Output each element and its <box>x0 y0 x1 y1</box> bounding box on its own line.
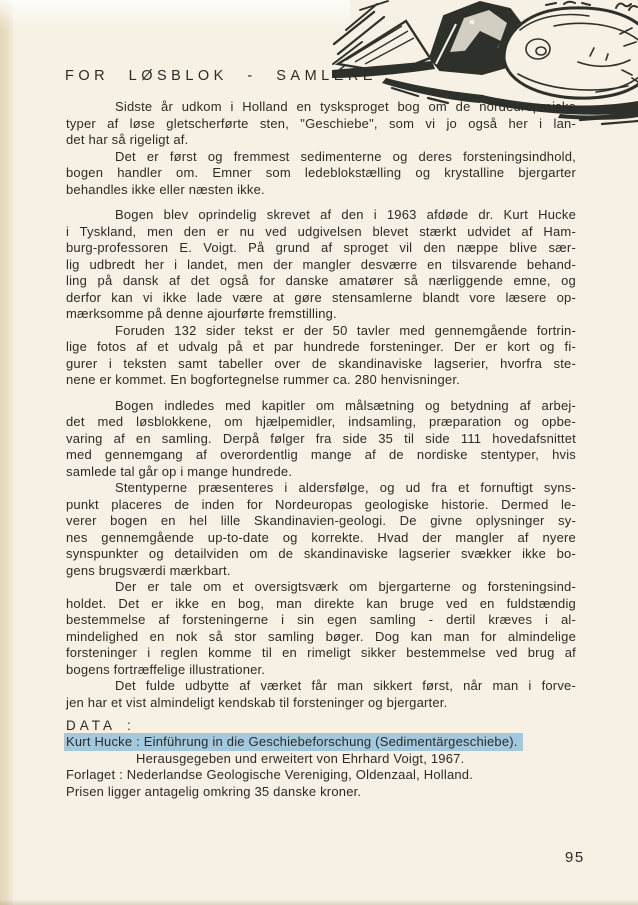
text-line: Bogen indledes med kapitler om målsætnin… <box>66 398 576 415</box>
price-line: Prisen ligger antagelig omkring 35 dansk… <box>66 784 576 801</box>
text-line: ling på dansk af det også for danske ama… <box>66 273 576 290</box>
text-line: bestemmelse af forsteningerne i sin egen… <box>66 612 576 629</box>
scanned-page: FOR LØSBLOK - SAMLERE Sidste år udkom i … <box>0 0 638 905</box>
text-line: Sidste år udkom i Holland en tysksproget… <box>66 99 576 116</box>
text-line: jen har et vist almindeligt kendskab til… <box>66 695 576 712</box>
paragraph: Sidste år udkom i Holland en tysksproget… <box>66 99 576 149</box>
paragraph: Bogen blev oprindelig skrevet af den i 1… <box>66 207 576 323</box>
paragraph: Der er tale om et oversigtsværk om bjerg… <box>66 579 576 678</box>
text-line: derfor kan vi ikke lade være at gøre ste… <box>66 290 576 307</box>
page-bottom-edge <box>0 899 638 905</box>
text-line: burg-professoren E. Voigt. På grund af s… <box>66 240 576 257</box>
text-line: det har så rigeligt af. <box>66 132 576 149</box>
highlighted-reference: Kurt Hucke : Einführung in die Geschiebe… <box>64 733 523 751</box>
paragraph: Stentyperne præsenteres i aldersfølge, o… <box>66 480 576 579</box>
text-line: Det er først og fremmest sedimenterne og… <box>66 149 576 166</box>
editor-line: Herausgegeben und erweitert von Ehrhard … <box>66 751 576 768</box>
text-line: varing af en samling. Derpå følger fra s… <box>66 431 576 448</box>
text-line: Der er tale om et oversigtsværk om bjerg… <box>66 579 576 596</box>
paragraph: Det er først og fremmest sedimenterne og… <box>66 149 576 199</box>
text-line: bogen handler om. Emner som ledeblokstæl… <box>66 165 576 182</box>
page-title: FOR LØSBLOK - SAMLERE <box>65 68 377 84</box>
text-line: lig udbredt her i landet, men der mangle… <box>66 257 576 274</box>
page-edge-strip <box>0 0 13 905</box>
text-line: verer bogen en hel lille Skandinavien-ge… <box>66 513 576 530</box>
text-line: gurer i teksten samt tabeller over de sk… <box>66 356 576 373</box>
paragraph: Det fulde udbytte af værket får man sikk… <box>66 678 576 711</box>
text-line: typer af løse gletscherførte sten, "Gesc… <box>66 116 576 133</box>
data-heading: DATA : <box>66 717 576 734</box>
data-section: DATA : Kurt Hucke : Einführung in die Ge… <box>66 717 576 800</box>
text-line: gens brugsværdi mærkbart. <box>66 563 576 580</box>
text-line: forsteninger i reglen komme til en rimel… <box>66 645 576 662</box>
text-line: nene er kommet. En bogfortegnelse rummer… <box>66 372 576 389</box>
article-body: Sidste år udkom i Holland en tysksproget… <box>66 99 576 711</box>
text-line: i Tyskland, men den er nu ved udgivelsen… <box>66 224 576 241</box>
scan-light-band <box>0 0 350 30</box>
text-line: det med løsblokkene, om hjælpemidler, in… <box>66 414 576 431</box>
text-line: behandles ikke eller næsten ikke. <box>66 182 576 199</box>
text-line: med gennemgang af overordentlig mange af… <box>66 447 576 464</box>
text-line: mindelighed en nok så stor samling bøger… <box>66 629 576 646</box>
text-line: punkt placeres de inden for Nordeuropas … <box>66 497 576 514</box>
page-number: 95 <box>565 849 585 866</box>
publisher-line: Forlaget : Nederlandse Geologische Veren… <box>66 767 576 784</box>
large-boulder <box>504 8 638 98</box>
text-line: bogens fortræffelige illustrationer. <box>66 662 576 679</box>
text-line: holdet. Det er ikke en bog, man direkte … <box>66 596 576 613</box>
text-line: Bogen blev oprindelig skrevet af den i 1… <box>66 207 576 224</box>
text-line: synspunkter og detailviden om de skandin… <box>66 546 576 563</box>
text-line: nes gennemgående up-to-date og korrekte.… <box>66 530 576 547</box>
book-reference-line: Kurt Hucke : Einführung in die Geschiebe… <box>66 734 576 751</box>
paragraph: Bogen indledes med kapitler om målsætnin… <box>66 398 576 481</box>
text-line: mærksomme på denne ajourførte fremstilli… <box>66 306 576 323</box>
text-line: Stentyperne præsenteres i aldersfølge, o… <box>66 480 576 497</box>
text-line: lige fotos af et udvalg på et par hundre… <box>66 339 576 356</box>
text-line: Det fulde udbytte af værket får man sikk… <box>66 678 576 695</box>
text-line: samlede tal går op i mange hundrede. <box>66 464 576 481</box>
paragraph: Foruden 132 sider tekst er der 50 tavler… <box>66 323 576 389</box>
content-column: Sidste år udkom i Holland en tysksproget… <box>66 99 576 800</box>
text-line: Foruden 132 sider tekst er der 50 tavler… <box>66 323 576 340</box>
